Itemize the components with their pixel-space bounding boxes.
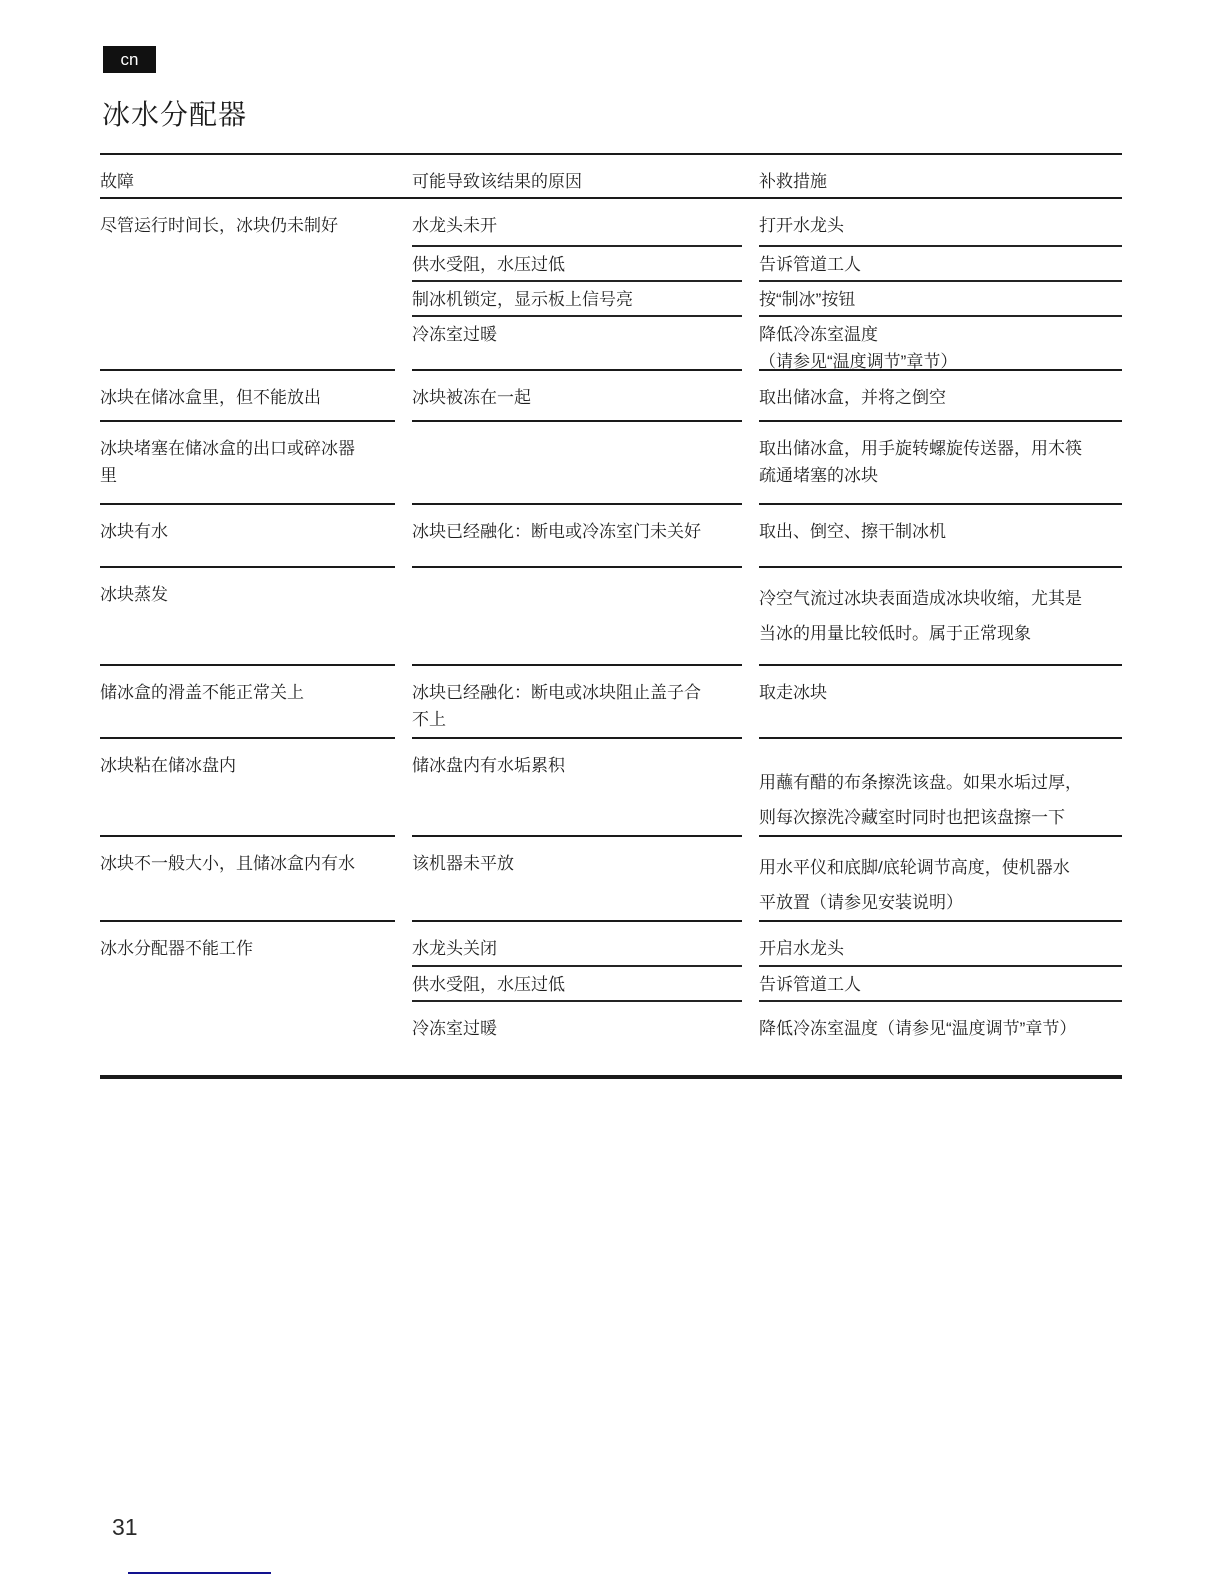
fault-cell: 冰块堵塞在储冰盒的出口或碎冰器 里 <box>100 422 395 505</box>
cause-cell <box>412 422 742 505</box>
language-badge: cn <box>103 46 156 73</box>
cause-cell: 该机器未平放 <box>412 837 742 922</box>
remedy-cell: 打开水龙头 <box>759 199 1122 247</box>
page-title: 冰水分配器 <box>102 93 247 133</box>
fault-cell: 冰块粘在储冰盘内 <box>100 739 395 837</box>
remedy-cell: 降低冷冻室温度 （请参见“温度调节”章节） <box>759 317 1122 371</box>
remedy-cell: 取出储冰盒，并将之倒空 <box>759 371 1122 422</box>
cause-cell: 水龙头关闭 <box>412 922 742 967</box>
fault-cell: 储冰盒的滑盖不能正常关上 <box>100 666 395 739</box>
table-row-group: 冰水分配器不能工作 水龙头关闭 开启水龙头 供水受阻，水压过低 告诉管道工人 冷… <box>100 922 1122 1075</box>
cause-cell: 冰块被冻在一起 <box>412 371 742 422</box>
cause-cell: 冰块已经融化：断电或冷冻室门未关好 <box>412 505 742 568</box>
fault-cell: 冰块蒸发 <box>100 568 395 666</box>
table-header-row: 故障 可能导致该结果的原因 补救措施 <box>100 155 1122 199</box>
column-header-remedy: 补救措施 <box>759 155 1122 197</box>
remedy-cell: 冷空气流过冰块表面造成冰块收缩，尤其是 当冰的用量比较低时。属于正常现象 <box>759 568 1122 666</box>
remedy-cell: 取出、倒空、擦干制冰机 <box>759 505 1122 568</box>
table-row-group: 冰块堵塞在储冰盒的出口或碎冰器 里 取出储冰盒，用手旋转螺旋传送器，用木筷 疏通… <box>100 422 1122 505</box>
remedy-cell: 取出储冰盒，用手旋转螺旋传送器，用木筷 疏通堵塞的冰块 <box>759 422 1122 505</box>
cause-cell: 水龙头未开 <box>412 199 742 247</box>
remedy-cell: 用水平仪和底脚/底轮调节高度，使机器水 平放置（请参见安装说明） <box>759 837 1122 922</box>
column-header-cause: 可能导致该结果的原因 <box>412 155 742 197</box>
footer-rule <box>128 1572 271 1574</box>
cause-cell <box>412 568 742 666</box>
fault-cell: 冰块不一般大小，且储冰盒内有水 <box>100 837 395 922</box>
remedy-cell: 取走冰块 <box>759 666 1122 739</box>
cause-cell: 制冰机锁定，显示板上信号亮 <box>412 282 742 317</box>
cause-cell: 供水受阻，水压过低 <box>412 967 742 1002</box>
table-row-group: 尽管运行时间长，冰块仍未制好 水龙头未开 打开水龙头 供水受阻，水压过低 告诉管… <box>100 199 1122 371</box>
remedy-cell: 告诉管道工人 <box>759 967 1122 1002</box>
fault-cell: 冰块在储冰盒里，但不能放出 <box>100 371 395 422</box>
table-row-group: 冰块蒸发 冷空气流过冰块表面造成冰块收缩，尤其是 当冰的用量比较低时。属于正常现… <box>100 568 1122 666</box>
column-header-fault: 故障 <box>100 155 395 197</box>
troubleshooting-table: 故障 可能导致该结果的原因 补救措施 尽管运行时间长，冰块仍未制好 水龙头未开 … <box>100 153 1122 1079</box>
fault-cell: 尽管运行时间长，冰块仍未制好 <box>100 199 395 371</box>
cause-cell: 冷冻室过暖 <box>412 1002 742 1075</box>
cause-cell: 冷冻室过暖 <box>412 317 742 371</box>
remedy-cell: 告诉管道工人 <box>759 247 1122 282</box>
table-bottom-rule <box>100 1075 1122 1079</box>
cause-cell: 储冰盘内有水垢累积 <box>412 739 742 837</box>
table-row-group: 冰块不一般大小，且储冰盒内有水 该机器未平放 用水平仪和底脚/底轮调节高度，使机… <box>100 837 1122 922</box>
page-number: 31 <box>112 1514 138 1541</box>
table-row-group: 冰块有水 冰块已经融化：断电或冷冻室门未关好 取出、倒空、擦干制冰机 <box>100 505 1122 568</box>
table-row-group: 冰块在储冰盒里，但不能放出 冰块被冻在一起 取出储冰盒，并将之倒空 <box>100 371 1122 422</box>
remedy-cell: 按“制冰”按钮 <box>759 282 1122 317</box>
fault-cell: 冰块有水 <box>100 505 395 568</box>
remedy-cell: 用蘸有醋的布条擦洗该盘。如果水垢过厚， 则每次擦洗冷藏室时同时也把该盘擦一下 <box>759 739 1122 837</box>
fault-cell: 冰水分配器不能工作 <box>100 922 395 1075</box>
manual-page: cn 冰水分配器 故障 可能导致该结果的原因 补救措施 尽管运行时间长，冰块仍未… <box>0 0 1224 1584</box>
table-row-group: 冰块粘在储冰盘内 储冰盘内有水垢累积 用蘸有醋的布条擦洗该盘。如果水垢过厚， 则… <box>100 739 1122 837</box>
remedy-cell: 开启水龙头 <box>759 922 1122 967</box>
table-row-group: 储冰盒的滑盖不能正常关上 冰块已经融化：断电或冰块阻止盖子合 不上 取走冰块 <box>100 666 1122 739</box>
remedy-cell: 降低冷冻室温度（请参见“温度调节”章节） <box>759 1002 1122 1075</box>
cause-cell: 供水受阻，水压过低 <box>412 247 742 282</box>
cause-cell: 冰块已经融化：断电或冰块阻止盖子合 不上 <box>412 666 742 739</box>
